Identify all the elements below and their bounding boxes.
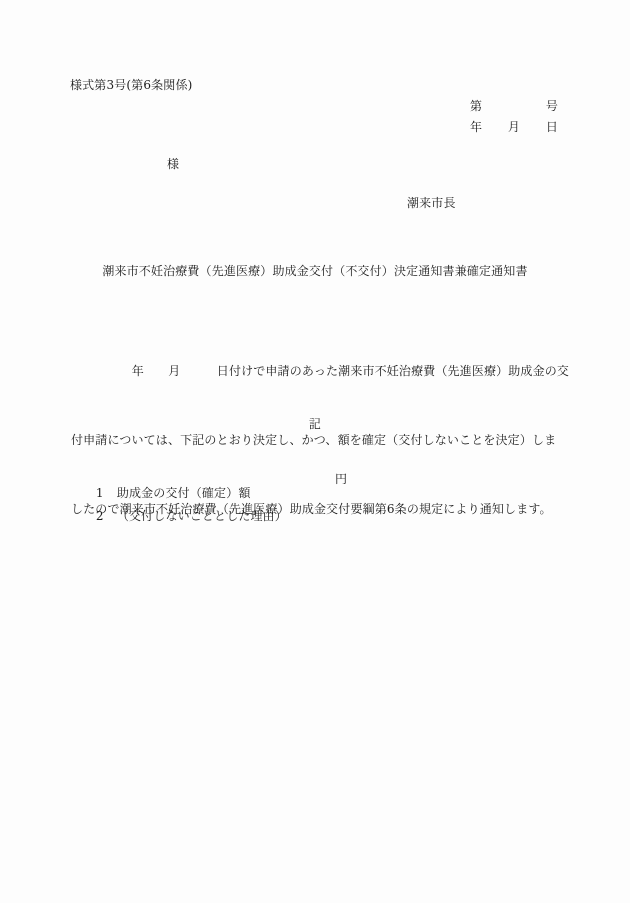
body-paragraph: 年 月 日付けで申請のあった潮来市不妊治療費（先進医療）助成金の交 付申請につい… <box>71 314 563 567</box>
form-number: 様式第3号(第6条関係) <box>70 76 192 93</box>
body-line-1: 年 月 日付けで申請のあった潮来市不妊治療費（先進医療）助成金の交 <box>71 360 563 383</box>
item-1-currency-unit: 円 <box>335 470 347 487</box>
date-year-label: 年 <box>470 118 482 135</box>
item-2-label: （交付しないこととした理由） <box>117 509 287 523</box>
record-section-label: 記 <box>0 415 630 432</box>
sender-title: 潮来市長 <box>407 194 456 211</box>
document-number-line: 第 号 <box>470 97 558 114</box>
list-item-amount: 1助成金の交付（確定）額 円 <box>80 470 560 493</box>
item-2-number: 2 <box>96 509 117 523</box>
document-page: 様式第3号(第6条関係) 第 号 年 月 日 様 潮来市長 潮来市不妊治療費（先… <box>0 0 630 903</box>
body-line-2: 付申請については、下記のとおり決定し、かつ、額を確定（交付しないことを決定）しま <box>71 429 563 452</box>
document-number-suffix: 号 <box>546 97 558 114</box>
document-title: 潮来市不妊治療費（先進医療）助成金交付（不交付）決定通知書兼確定通知書 <box>0 262 630 279</box>
document-number-prefix: 第 <box>470 97 482 114</box>
date-line: 年 月 日 <box>470 118 558 135</box>
date-day-label: 日 <box>546 118 558 135</box>
date-month-label: 月 <box>508 118 520 135</box>
list-item-reason: 2（交付しないこととした理由） <box>80 493 560 516</box>
addressee-honorific: 様 <box>167 155 179 172</box>
